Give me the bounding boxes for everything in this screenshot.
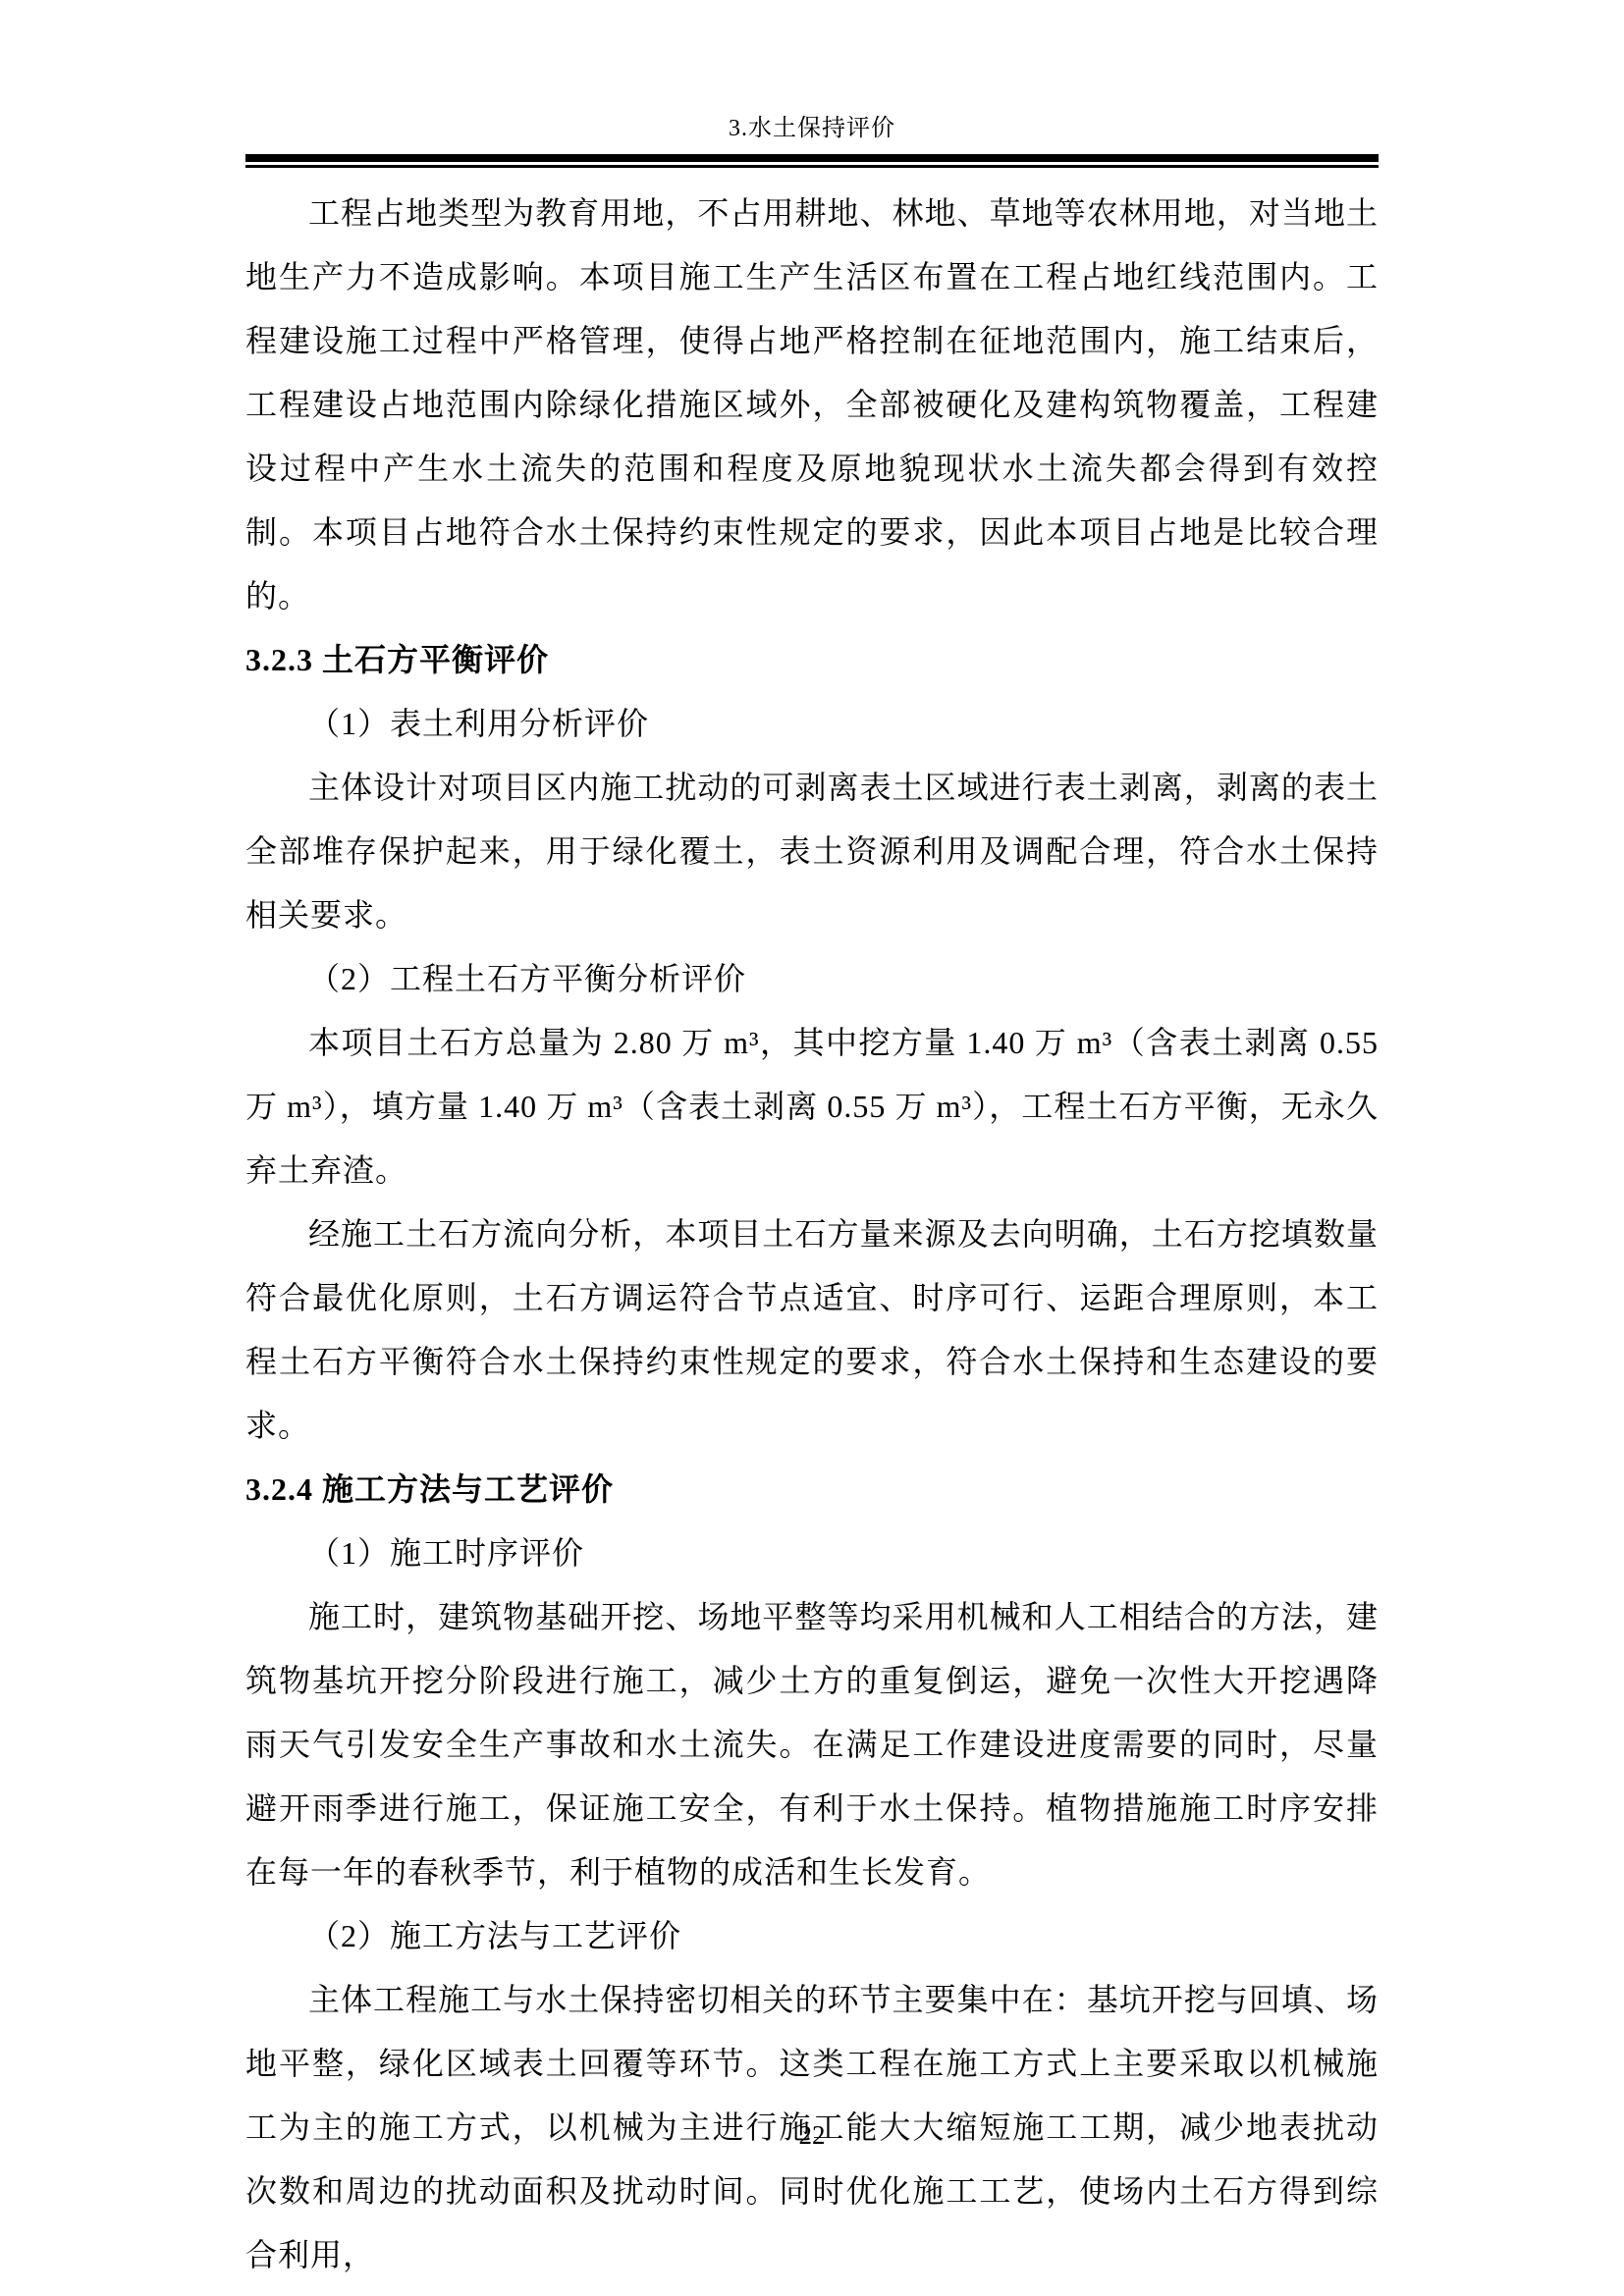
paragraph-topsoil-analysis: 主体设计对项目区内施工扰动的可剥离表土区域进行表土剥离，剥离的表土全部堆存保护起… [245, 756, 1379, 947]
subitem-construction-method-title: （2）施工方法与工艺评价 [245, 1904, 1379, 1968]
page-number: 22 [799, 2120, 826, 2150]
section-heading-3-2-4: 3.2.4 施工方法与工艺评价 [245, 1458, 1379, 1522]
subitem-topsoil-analysis-title: （1）表土利用分析评价 [245, 692, 1379, 756]
section-heading-3-2-3: 3.2.3 土石方平衡评价 [245, 628, 1379, 692]
paragraph-earthwork-volumes: 本项目土石方总量为 2.80 万 m³，其中挖方量 1.40 万 m³（含表土剥… [245, 1011, 1379, 1202]
header-title: 3.水土保持评价 [245, 0, 1379, 143]
paragraph-construction-sequence: 施工时，建筑物基础开挖、场地平整等均采用机械和人工相结合的方法，建筑物基坑开挖分… [245, 1585, 1379, 1904]
document-body: 工程占地类型为教育用地，不占用耕地、林地、草地等农林用地，对当地土地生产力不造成… [245, 182, 1379, 2287]
page-footer: 22 [0, 2118, 1624, 2152]
paragraph-land-occupation: 工程占地类型为教育用地，不占用耕地、林地、草地等农林用地，对当地土地生产力不造成… [245, 182, 1379, 628]
page-header: 3.水土保持评价 [245, 0, 1379, 168]
subitem-construction-sequence-title: （1）施工时序评价 [245, 1522, 1379, 1585]
document-page: 3.水土保持评价 工程占地类型为教育用地，不占用耕地、林地、草地等农林用地，对当… [0, 0, 1624, 2296]
header-rule-thin [245, 165, 1379, 168]
header-rule-thick [245, 154, 1379, 162]
subitem-earthwork-balance-title: （2）工程土石方平衡分析评价 [245, 947, 1379, 1011]
paragraph-earthwork-flow: 经施工土石方流向分析，本项目土石方量来源及去向明确，土石方挖填数量符合最优化原则… [245, 1202, 1379, 1458]
